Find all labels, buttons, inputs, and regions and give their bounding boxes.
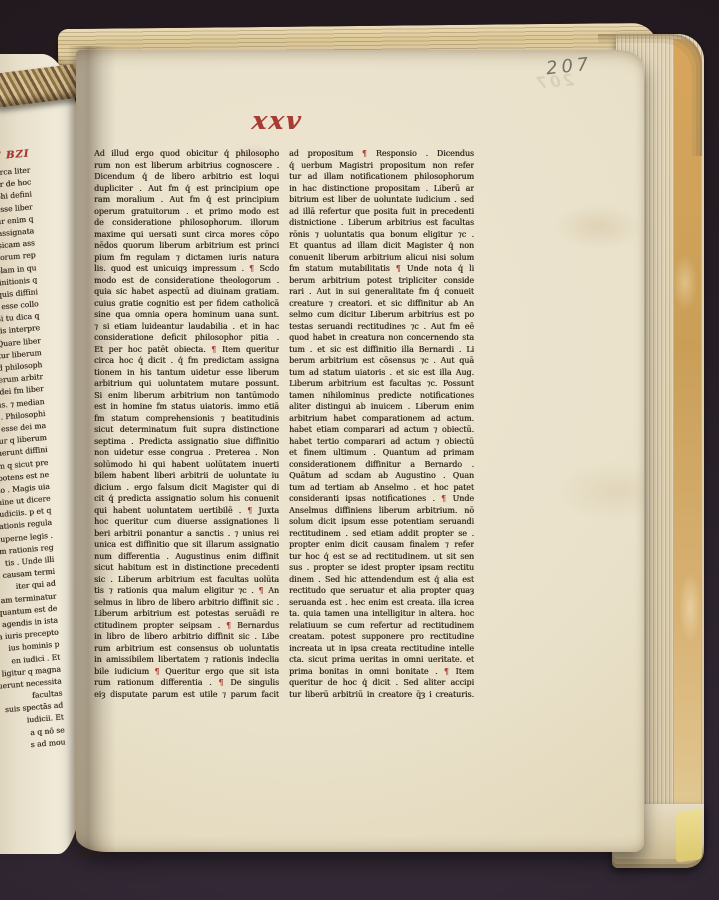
verso-fragment-lines: tiones circa literimo queri ar de hoce p… [0, 164, 66, 754]
text-column-left: Ad illud ergo quod obicitur q́ philosoph… [94, 148, 279, 704]
chapter-number-heading: xxv [250, 106, 303, 135]
text-line: pium fm regulam ⁊ dictamen iuris natura [94, 252, 279, 264]
text-line: selmus in libro de libero arbitrio diffi… [94, 597, 279, 609]
text-line: creature ⁊ creatori. et sic diffinitur a… [289, 298, 474, 310]
text-line: rum rationum differentia . ¶ De singulis [94, 677, 279, 689]
text-line: eiȝ disputate parum est utile ⁊ parum fa… [94, 689, 279, 701]
text-line: circa hoc q́ dicit . q́ fm predictam ass… [94, 355, 279, 367]
text-line: berum arbitrium potest tripliciter consi… [289, 275, 474, 287]
text-line: Et quantus ad illam dicit Magister q́ no… [289, 240, 474, 252]
pilcrow-rubric-icon: ¶ [441, 494, 446, 503]
text-line: unica est diffinitio que sit illarum ass… [94, 539, 279, 551]
text-line: tur hoc q́ est se ad rectitudinem. ut si… [289, 551, 474, 563]
text-line: consideranti ipsas notificationes . ¶ Un… [289, 493, 474, 505]
pilcrow-rubric-icon: ¶ [247, 506, 252, 515]
pilcrow-rubric-icon: ¶ [396, 264, 401, 273]
text-line: maxime qui uersati sunt circa mores cōpo [94, 229, 279, 241]
text-line: lis. quod est unicuiqȝ impressum . ¶ Scd… [94, 263, 279, 275]
text-line: berum arbitrium est cōsensus ⁊c . Aut qu… [289, 355, 474, 367]
text-line: fm statum comprehensionis ⁊ beatitudinis [94, 413, 279, 425]
text-line: cuius gratie cognitio est per fidem cath… [94, 298, 279, 310]
text-line: habet etiam comparari ad actum ⁊ obiectū… [289, 424, 474, 436]
text-line: nēdos quorum liberum arbitrium est princ… [94, 240, 279, 252]
text-line: beri arbitrii ponantur a sanctis . ⁊ uni… [94, 528, 279, 540]
folio-number: 207 [545, 54, 593, 80]
text-line: distnictione . Liberum arbitrius est fac… [289, 217, 474, 229]
pilcrow-rubric-icon: ¶ [211, 345, 216, 354]
text-line: bilem habent liberi arbitrii de uoluntat… [94, 470, 279, 482]
text-line: bile iudicium ¶ Queritur ergo que sit is… [94, 666, 279, 678]
text-line: modo est de consideratione theologorum . [94, 275, 279, 287]
text-line: quod habet in creatura non concernendo s… [289, 332, 474, 344]
text-line: increata ut in ipsa creata rectitudine i… [289, 643, 474, 655]
text-line: tur liberū arbitriū in creatore q̄ȝ i cr… [289, 689, 474, 701]
text-line: sic . Liberum arbitrium est facultas uol… [94, 574, 279, 586]
text-line: rari . Aut in sui generalitate fm q́ con… [289, 286, 474, 298]
text-line: hoc queritur cum diuerse assignationes l… [94, 516, 279, 528]
pilcrow-rubric-icon: ¶ [226, 621, 231, 630]
pilcrow-rubric-icon: ¶ [218, 678, 223, 687]
text-line: tionem in his tantum uidetur esse liberu… [94, 367, 279, 379]
text-line: qui habent uoluntatem uertibilē . ¶ Juxt… [94, 505, 279, 517]
text-line: est in homine fm status uiatoris. immo e… [94, 401, 279, 413]
text-line: ⁊ si etiam luideantur laudabilia . et in… [94, 321, 279, 333]
text-line: num differentia . Augustinus enim diffin… [94, 551, 279, 563]
text-line: in hac distinctione propositam . Liberū … [289, 183, 474, 195]
text-line: sine qua omnia opera hominum uana sunt. [94, 309, 279, 321]
text-line: Si enim liberum arbitrium non tantūmodo [94, 390, 279, 402]
book-photo: ARZE BZI tiones circa literimo queri ar … [0, 0, 719, 900]
text-line: aliter distingui ab inuicem . Liberum en… [289, 401, 474, 413]
text-block: Ad illud ergo quod obicitur q́ philosoph… [94, 148, 474, 708]
text-line: tis ⁊ rationis qua malum eligitur ⁊c . ¶… [94, 585, 279, 597]
text-line: tum ad tertiam ab Anselmo . et hoc patet [289, 482, 474, 494]
text-line: Dicendum q́ de libero arbitrio est loqui [94, 171, 279, 183]
text-line: Et per hoc patēt obiecta. ¶ Item queritu… [94, 344, 279, 356]
text-line: propter enim dicit causam finalem ⁊ refe… [289, 539, 474, 551]
text-line: quia sic habet aspectū ad diuinam gratia… [94, 286, 279, 298]
text-line: cit q́ predicta assignatio solum his con… [94, 493, 279, 505]
text-line: Ad illud ergo quod obicitur q́ philosoph… [94, 148, 279, 160]
text-line: relatiuum se cum refertur ad rectitudine… [289, 620, 474, 632]
text-line: et finem ultimum . Quantum ad primam [289, 447, 474, 459]
text-line: arbitrium qui uoluntatem mutare possunt. [94, 378, 279, 390]
pilcrow-rubric-icon: ¶ [444, 667, 449, 676]
text-line: sus . propter se idest propter ipsam rec… [289, 562, 474, 574]
text-line: operum gratuitorum . et primo modo est [94, 206, 279, 218]
text-line: q́ uerbum Magistri propositum non refer [289, 160, 474, 172]
text-line: cta. sicut prima ueritas in omni ueritat… [289, 654, 474, 666]
text-line: sicut habitum est in distinctione preced… [94, 562, 279, 574]
text-line: non uidetur esse congrua . Preterea . No… [94, 447, 279, 459]
text-line: selmo cum dicitur Liberum arbitrius est … [289, 309, 474, 321]
text-line: tum . et sic est diffinitio illa Bernard… [289, 344, 474, 356]
text-line: tur ad illam notificationem philosophoru… [289, 171, 474, 183]
text-line: habet tertio comparari ad actum ⁊ obiect… [289, 436, 474, 448]
board-corner [676, 809, 702, 863]
text-line: testas seruandi rectitudines ⁊c . Aut fm… [289, 321, 474, 333]
pilcrow-rubric-icon: ¶ [249, 264, 254, 273]
text-line: septima . Predicta assignatio siue diffi… [94, 436, 279, 448]
text-line: dupliciter . Aut fm q́ est principium op… [94, 183, 279, 195]
text-line: ctitudinem propter seipsam . ¶ Bernardus [94, 620, 279, 632]
text-line: rōnis ⁊ uoluntatis qua bonum eligitur ⁊c… [289, 229, 474, 241]
text-line: ta. quia tamen una intelligitur in alter… [289, 608, 474, 620]
text-line: solum dicit ipsum esse potentiam seruand… [289, 516, 474, 528]
text-line: bitrium est liber de uoluntate iudicium … [289, 194, 474, 206]
text-line: creatam. potest supponere pro rectitudin… [289, 631, 474, 643]
text-line: seruanda est . hec enim est creata. illa… [289, 597, 474, 609]
pilcrow-rubric-icon: ¶ [155, 667, 160, 676]
text-line: considerationem diffinitur a Bernardo . [289, 459, 474, 471]
text-line: Quātum ad scdam ab Augustino . Quan [289, 470, 474, 482]
verso-text-fragments: ARZE BZI tiones circa literimo queri ar … [0, 147, 67, 772]
text-line: de consideratione philosophorum. illorum [94, 217, 279, 229]
text-line: rectitudinem . sed etiam addit propter s… [289, 528, 474, 540]
text-line: sicut determinatum fuit supra distinctio… [94, 424, 279, 436]
text-line: Liberum arbitrium est facultas ⁊c. Possu… [289, 378, 474, 390]
text-line: ram moralium . Aut fm q́ est principium [94, 194, 279, 206]
text-line: in amissibilem libertatem ⁊ rationis ind… [94, 654, 279, 666]
text-line: arbitrium habet comparationem ad actum. [289, 413, 474, 425]
text-column-right: ad propositum ¶ Responsio . Dicendusq́ u… [289, 148, 474, 704]
main-page: 207 207 xxv Ad illud ergo quod obicitur … [76, 50, 644, 852]
text-line: ad illā refertur que posita fuit in prec… [289, 206, 474, 218]
text-line: tum ad statum uiatoris . et sic est illa… [289, 367, 474, 379]
text-line: queritur de hoc q́ dicit . Sed aliter ac… [289, 677, 474, 689]
text-line: prima bonitas in omni bonitate . ¶ Item [289, 666, 474, 678]
text-line: consideratione deficit philosophor pitia… [94, 332, 279, 344]
facing-page: ARZE BZI tiones circa literimo queri ar … [0, 54, 88, 854]
text-line: rum non est liberum arbitrius cognoscere… [94, 160, 279, 172]
text-line: rectitudo que seruatur et alia propter q… [289, 585, 474, 597]
text-line: conuenit liberum arbitrium alicui nisi s… [289, 252, 474, 264]
text-line: solūmodo hi qui habent uolūtatem inuerti [94, 459, 279, 471]
pilcrow-rubric-icon: ¶ [258, 586, 263, 595]
text-line: dinem . Sed hic attendendum est q́ alia … [289, 574, 474, 586]
text-line: Anselmus diffiniens liberum arbitrium. n… [289, 505, 474, 517]
text-line: dicium . ergo falsum dicit Magister qui … [94, 482, 279, 494]
text-line: rum arbitrium est consensus ob uoluntati… [94, 643, 279, 655]
pilcrow-rubric-icon: ¶ [362, 149, 367, 158]
board-edge [674, 39, 701, 851]
text-line: in libro de libero arbitrio diffinit sic… [94, 631, 279, 643]
text-line: tamen nihilominus predicte notificatione… [289, 390, 474, 402]
text-line: Liberum arbitrium est potestas seruādi r… [94, 608, 279, 620]
text-line: ad propositum ¶ Responsio . Dicendus [289, 148, 474, 160]
text-line: fm statum mutabilitatis ¶ Unde nota q́ l… [289, 263, 474, 275]
